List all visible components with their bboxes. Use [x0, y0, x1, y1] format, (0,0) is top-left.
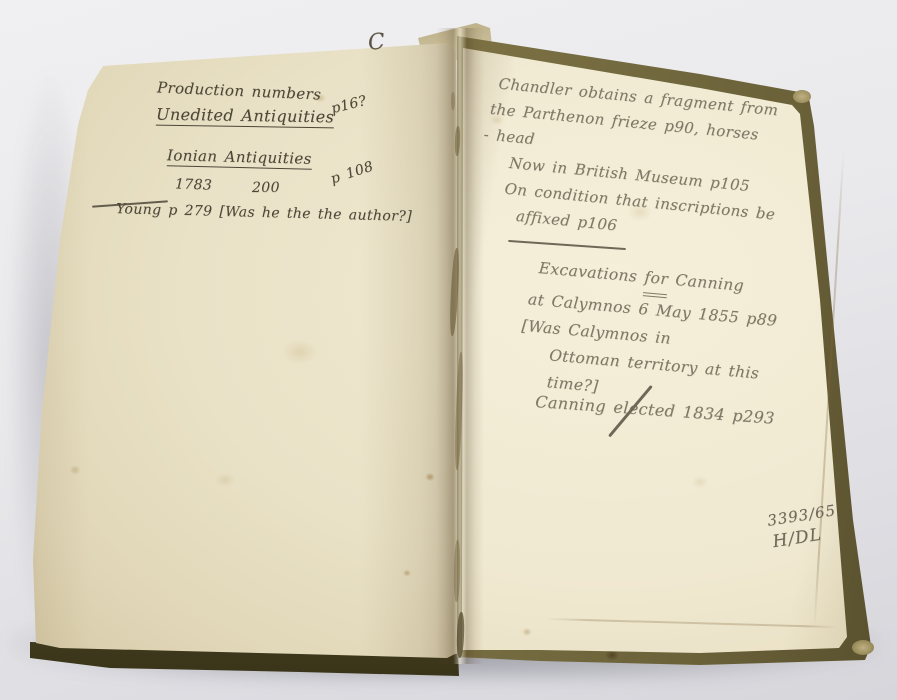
right-note-chandler: Chandler obtains a fragment from the Par…	[479, 70, 786, 253]
right-note-excavations: Excavations for Canning at Calymnos 6 Ma…	[516, 254, 781, 416]
left-note-unedited-antiquities: Unedited Antiquities	[156, 104, 335, 130]
left-note-ionian-antiquities: Ionian Antiquities	[167, 145, 312, 170]
word: Excavations	[538, 259, 638, 286]
underlined-title: Unedited Antiquities	[156, 105, 334, 129]
left-note-year: 1783	[175, 176, 213, 193]
worn-corner-bottom-right	[852, 640, 874, 655]
left-note-number: 200	[252, 180, 280, 196]
underlined-title: Ionian Antiquities	[167, 146, 312, 170]
partial-pen-mark: C	[367, 29, 387, 56]
double-underlined-word: for	[643, 264, 669, 298]
word: Canning	[675, 271, 745, 295]
worn-corner-top-right	[793, 90, 811, 103]
photograph-open-antique-book: Production numbers Unedited Antiquities …	[0, 0, 897, 700]
hinge-crack-mark	[451, 92, 455, 110]
